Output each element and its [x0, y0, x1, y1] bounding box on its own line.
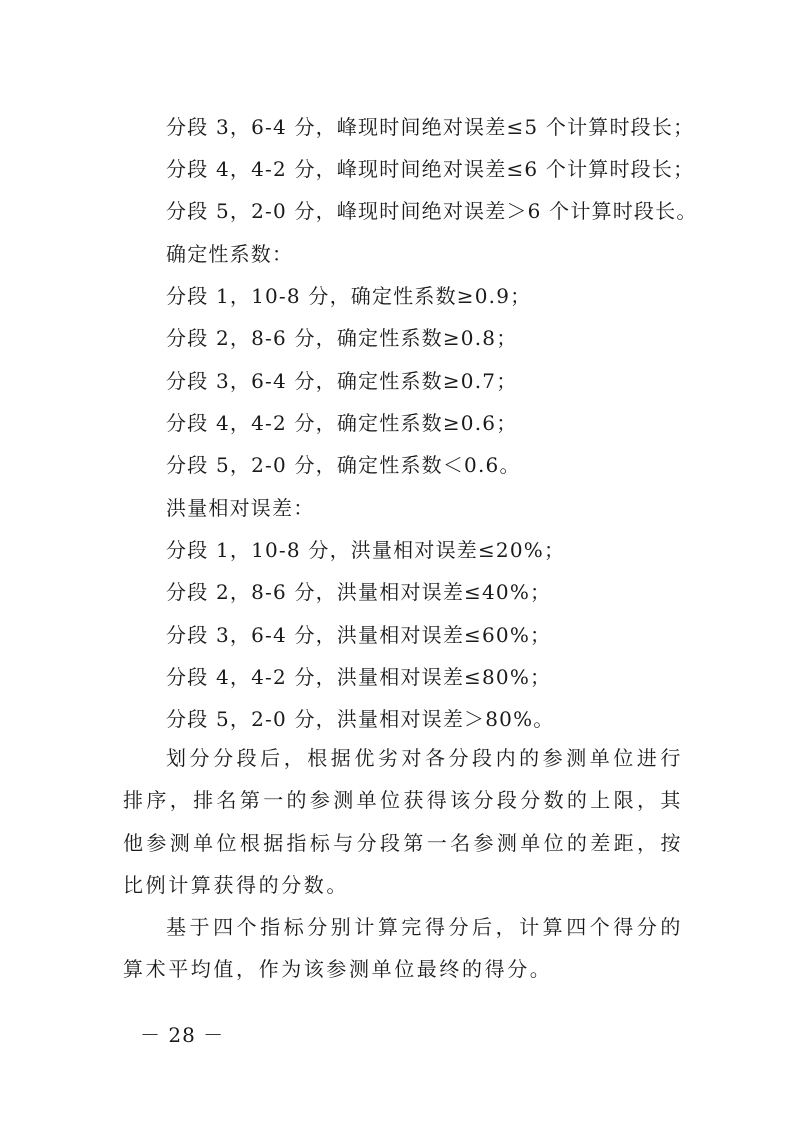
criteria-line: 分段 3，6-4 分，确定性系数≥0.7；: [166, 369, 517, 393]
criteria-line: 分段 5，2-0 分，确定性系数＜0.6。: [166, 453, 521, 477]
section-heading: 洪量相对误差：: [166, 496, 314, 520]
criteria-line: 分段 5，2-0 分，洪量相对误差＞80%。: [166, 707, 555, 731]
document-page: 分段 3，6-4 分，峰现时间绝对误差≤5 个计算时段长； 分段 4，4-2 分…: [0, 0, 800, 1131]
page-number: － 28 －: [140, 1023, 224, 1047]
criteria-line: 分段 4，4-2 分，峰现时间绝对误差≤6 个计算时段长；: [166, 157, 694, 181]
section-heading: 确定性系数：: [166, 242, 293, 266]
criteria-line: 分段 4，4-2 分，确定性系数≥0.6；: [166, 411, 517, 435]
body-paragraph: 划分分段后，根据优劣对各分段内的参测单位进行排序，排名第一的参测单位获得该分段分…: [123, 737, 683, 906]
criteria-line: 分段 3，6-4 分，洪量相对误差≤60%；: [166, 623, 551, 647]
criteria-line: 分段 3，6-4 分，峰现时间绝对误差≤5 个计算时段长；: [166, 115, 694, 139]
criteria-line: 分段 1，10-8 分，洪量相对误差≤20%；: [166, 538, 565, 562]
criteria-line: 分段 1，10-8 分，确定性系数≥0.9；: [166, 284, 531, 308]
criteria-line: 分段 5，2-0 分，峰现时间绝对误差＞6 个计算时段长。: [166, 199, 698, 223]
criteria-line: 分段 2，8-6 分，确定性系数≥0.8；: [166, 326, 517, 350]
criteria-line: 分段 4，4-2 分，洪量相对误差≤80%；: [166, 665, 551, 689]
body-paragraph: 基于四个指标分别计算完得分后，计算四个得分的算术平均值，作为该参测单位最终的得分…: [123, 906, 683, 991]
criteria-line: 分段 2，8-6 分，洪量相对误差≤40%；: [166, 580, 551, 604]
